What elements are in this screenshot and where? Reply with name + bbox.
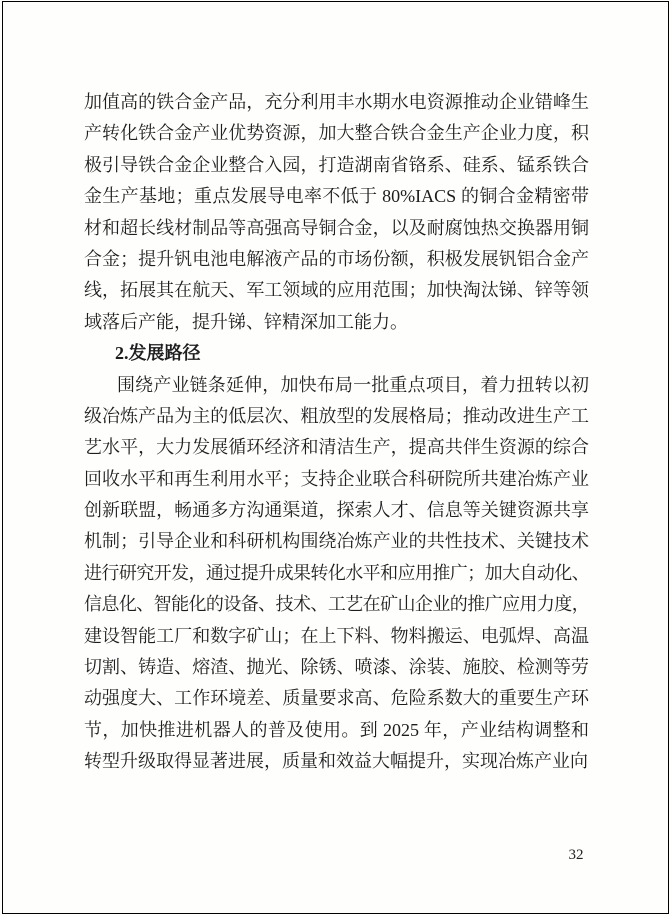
paragraph1-line: 金生产基地；重点发展导电率不低于 80%IACS 的铜合金精密带 (84, 181, 589, 212)
paragraph1-line: 合金；提升钒电池电解液产品的市场份额，积极发展钒铝合金产 (84, 244, 589, 275)
paragraph2-line: 建设智能工厂和数字矿山；在上下料、物料搬运、电弧焊、高温 (84, 621, 589, 652)
paragraph1-line: 产转化铁合金产业优势资源，加大整合铁合金生产企业力度，积 (84, 118, 589, 149)
paragraph1-line: 线，拓展其在航天、军工领域的应用范围；加快淘汰锑、锌等领 (84, 275, 589, 306)
paragraph2-line: 转型升级取得显著进展，质量和效益大幅提升，实现冶炼产业向 (84, 746, 589, 777)
paragraph2-line: 艺水平，大力发展循环经济和清洁生产，提高共伴生资源的综合 (84, 432, 589, 463)
paragraph2-line: 机制；引导企业和科研机构围绕冶炼产业的共性技术、关键技术 (84, 526, 589, 557)
paragraph2-line: 信息化、智能化的设备、技术、工艺在矿山企业的推广应用力度， (84, 589, 589, 620)
paragraph2-line: 级冶炼产品为主的低层次、粗放型的发展格局；推动改进生产工 (84, 401, 589, 432)
paragraph1-line: 加值高的铁合金产品，充分利用丰水期水电资源推动企业错峰生 (84, 87, 589, 118)
page-number: 32 (556, 845, 596, 865)
paragraph1-line: 极引导铁合金企业整合入园，打造湖南省铬系、硅系、锰系铁合 (84, 150, 589, 181)
paragraph2-line: 进行研究开发，通过提升成果转化水平和应用推广；加大自动化、 (84, 558, 589, 589)
text-block: 加值高的铁合金产品，充分利用丰水期水电资源推动企业错峰生 产转化铁合金产业优势资… (84, 87, 589, 778)
paragraph1-line: 域落后产能，提升锑、锌精深加工能力。 (84, 307, 589, 338)
section-heading: 2.发展路径 (84, 338, 589, 369)
paragraph2-line: 创新联盟，畅通多方沟通渠道，探索人才、信息等关键资源共享 (84, 495, 589, 526)
paragraph1-line: 材和超长线材制品等高强高导铜合金，以及耐腐蚀热交换器用铜 (84, 213, 589, 244)
paragraph2-line: 动强度大、工作环境差、质量要求高、危险系数大的重要生产环 (84, 683, 589, 714)
paragraph2-line: 回收水平和再生利用水平；支持企业联合科研院所共建冶炼产业 (84, 464, 589, 495)
paragraph2-line: 围绕产业链条延伸，加快布局一批重点项目，着力扭转以初 (84, 370, 589, 401)
document-page: 加值高的铁合金产品，充分利用丰水期水电资源推动企业错峰生 产转化铁合金产业优势资… (0, 0, 672, 917)
paragraph2-line: 切割、铸造、熔渣、抛光、除锈、喷漆、涂装、施胶、检测等劳 (84, 652, 589, 683)
paragraph2-line: 节，加快推进机器人的普及使用。到 2025 年，产业结构调整和 (84, 715, 589, 746)
